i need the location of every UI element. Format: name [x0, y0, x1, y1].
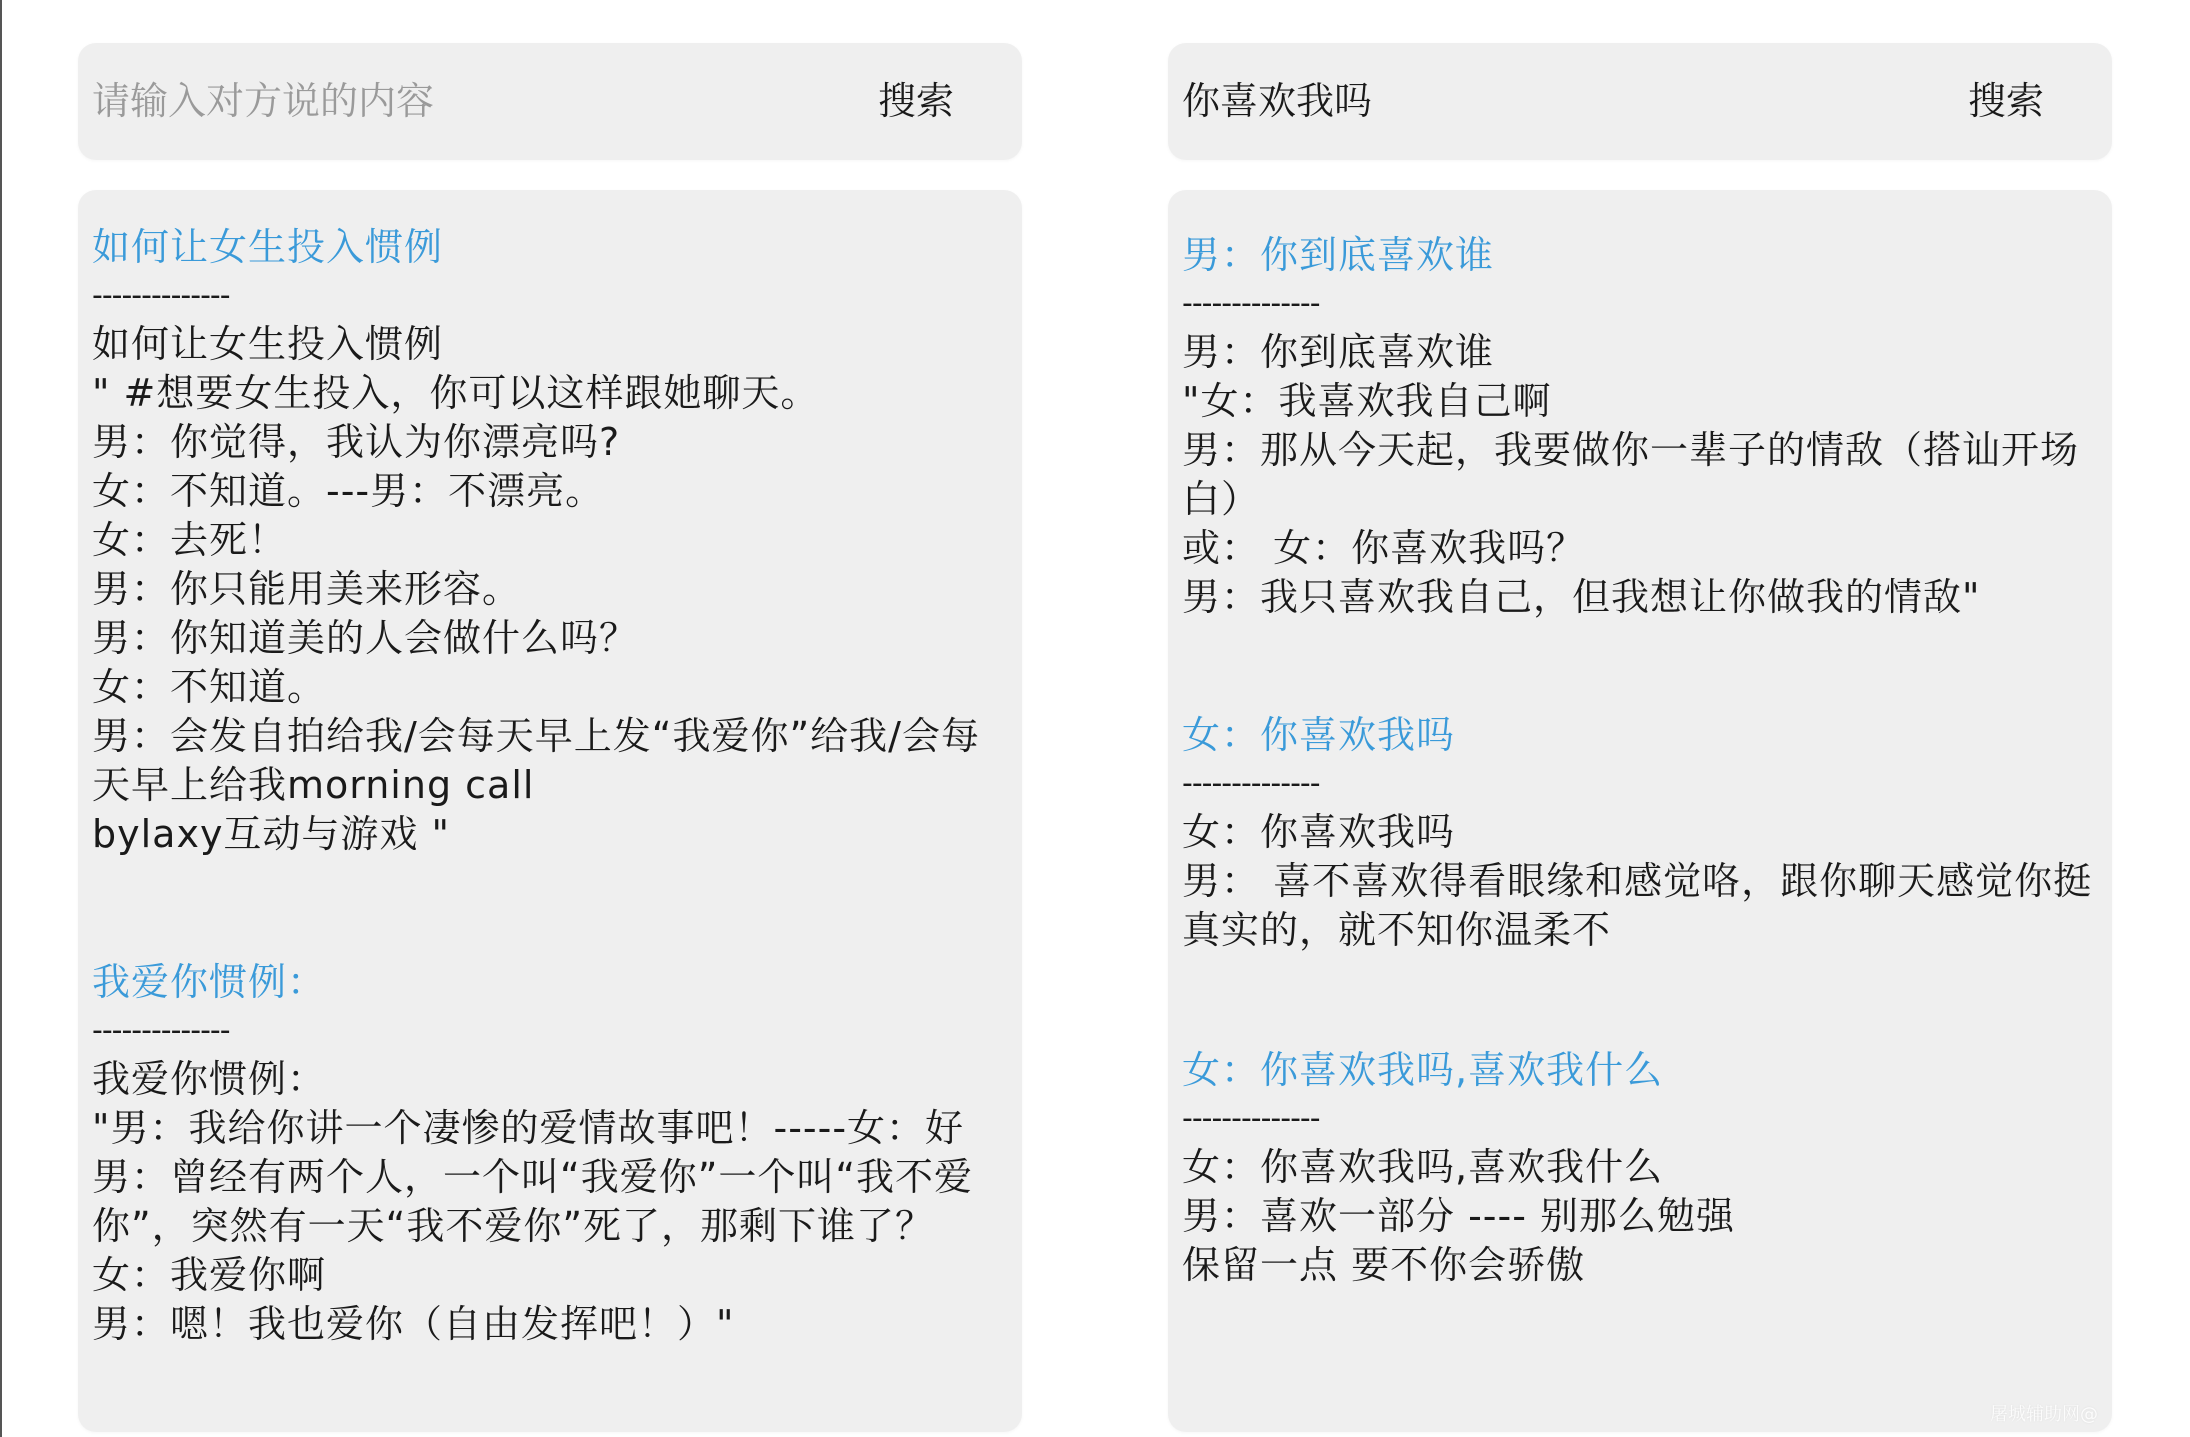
result-divider: -------------- — [1182, 280, 2098, 328]
result-body: 如何让女生投入惯例 " #想要女生投入，你可以这样跟她聊天。 男：你觉得，我认为… — [92, 320, 1008, 859]
search-bar: 搜索 — [1168, 43, 2112, 160]
result-entry: 女：你喜欢我吗,喜欢我什么 -------------- 女：你喜欢我吗,喜欢我… — [1182, 1045, 2098, 1290]
result-entry: 如何让女生投入惯例 -------------- 如何让女生投入惯例 " #想要… — [92, 222, 1008, 859]
result-entry: 男：你到底喜欢谁 -------------- 男：你到底喜欢谁 "女：我喜欢我… — [1182, 230, 2098, 622]
result-entry: 我爱你惯例： -------------- 我爱你惯例： "男：我给你讲一个凄惨… — [92, 957, 1008, 1349]
search-bar: 搜索 — [78, 43, 1022, 160]
result-divider: -------------- — [92, 272, 1008, 320]
results-list: 如何让女生投入惯例 -------------- 如何让女生投入惯例 " #想要… — [78, 190, 1022, 1432]
result-body: 女：你喜欢我吗,喜欢我什么 男：喜欢一部分 ---- 别那么勉强 保留一点 要不… — [1182, 1143, 2098, 1290]
result-divider: -------------- — [1182, 760, 2098, 808]
search-button[interactable]: 搜索 — [1968, 43, 2044, 160]
result-title-link[interactable]: 我爱你惯例： — [92, 957, 1008, 1007]
entry-spacer — [1182, 622, 2098, 710]
watermark: 屠城辅助网@ — [1990, 1400, 2098, 1426]
results-list: 男：你到底喜欢谁 -------------- 男：你到底喜欢谁 "女：我喜欢我… — [1168, 190, 2112, 1432]
window-left-border — [0, 0, 2, 1437]
result-title-link[interactable]: 如何让女生投入惯例 — [92, 222, 1008, 272]
result-body: 我爱你惯例： "男：我给你讲一个凄惨的爱情故事吧！-----女：好 男：曾经有两… — [92, 1055, 1008, 1349]
result-title-link[interactable]: 女：你喜欢我吗,喜欢我什么 — [1182, 1045, 2098, 1095]
result-divider: -------------- — [92, 1007, 1008, 1055]
result-body: 男：你到底喜欢谁 "女：我喜欢我自己啊 男：那从今天起，我要做你一辈子的情敌（搭… — [1182, 328, 2098, 622]
search-button[interactable]: 搜索 — [878, 43, 954, 160]
search-input[interactable] — [92, 43, 812, 160]
entry-spacer — [1182, 955, 2098, 1045]
result-title-link[interactable]: 女：你喜欢我吗 — [1182, 710, 2098, 760]
result-entry: 女：你喜欢我吗 -------------- 女：你喜欢我吗 男： 喜不喜欢得看… — [1182, 710, 2098, 955]
result-body: 女：你喜欢我吗 男： 喜不喜欢得看眼缘和感觉咯，跟你聊天感觉你挺真实的，就不知你… — [1182, 808, 2098, 955]
result-divider: -------------- — [1182, 1095, 2098, 1143]
entry-spacer — [92, 859, 1008, 957]
search-input[interactable] — [1182, 43, 1902, 160]
result-title-link[interactable]: 男：你到底喜欢谁 — [1182, 230, 2098, 280]
